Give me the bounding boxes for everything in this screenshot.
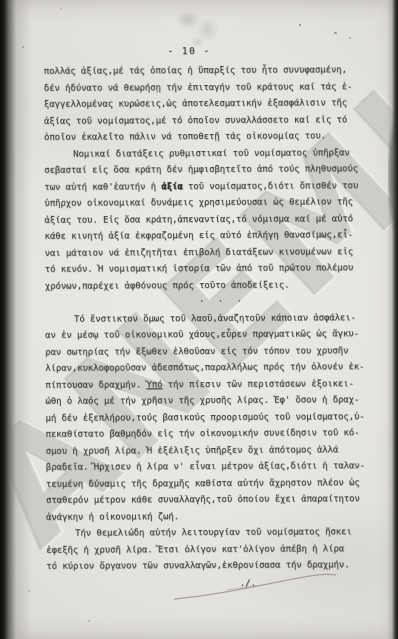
text-segment: ἀξία xyxy=(161,182,182,192)
separator-dots: · · · xyxy=(59,293,386,311)
text-segment: ραν σωτηρίας τήν ἔξωθεν ἐλθοῦσαν εἰς τόν… xyxy=(45,346,348,358)
text-segment: πεκαθίστατο βαθμηδόν εἰς τήν οἰκονομικήν… xyxy=(46,428,360,440)
page-number: - 10 - xyxy=(26,43,353,60)
text-line: δέν ἠδύνατο νά θεωρήσῃ τήν ἐπιταγήν τοῦ … xyxy=(44,79,371,97)
text-segment: τό κύριον ὄργανον τῶν συναλλαγῶν,ἐκθρονί… xyxy=(46,560,349,572)
text-segment: αν ἐν μέσῳ τοῦ οἰκονομικοῦ χάους,εὗρεν π… xyxy=(45,329,359,341)
text-line: πολλάς ἀξίας,μέ τάς ὁποίας ἡ ὕπαρξίς του… xyxy=(44,62,371,80)
text-line: μή δέν ἐξεπλήρου,τούς βασικούς προορισμο… xyxy=(45,409,372,427)
text-segment: ἀξίας του. Εἰς ὅσα κράτη,ἀπεναντίας,τό ν… xyxy=(44,214,353,226)
text-line: Νομικαί διατάξεις ρυθμιστικαί τοῦ νομίσμ… xyxy=(44,145,371,163)
text-line: σεβασταί εἰς ὅσα κράτη δέν ἠμφισβητεῖτο … xyxy=(44,161,371,179)
ink-speck xyxy=(349,37,351,39)
text-segment: σεβασταί εἰς ὅσα κράτη δέν ἠμφισβητεῖτο … xyxy=(44,164,358,176)
text-segment: Τό ἔνστικτον ὅμως τοῦ λαοῦ,ἀναζητοῦν κάπ… xyxy=(74,313,356,324)
text-line: σμου ἡ χρυσῆ λίρα. Ἡ ἐξέλιξις ὑπῆρξεν ὄχ… xyxy=(46,442,373,460)
text-line: Τήν θεμελιώδη αὐτήν λειτουργίαν τοῦ νομί… xyxy=(46,524,373,542)
text-segment: ἐφεξῆς ἡ χρυσῆ λίρα. Ἔτσι ὀλίγον κατ'ὀλί… xyxy=(46,544,344,556)
text-segment: πολλάς ἀξίας,μέ τάς ὁποίας ἡ ὕπαρξίς του… xyxy=(44,65,347,77)
text-line: τό κύριον ὄργανον τῶν συναλλαγῶν,ἐκθρονί… xyxy=(46,557,373,575)
text-segment: · · · xyxy=(199,297,246,307)
text-line: ὁποῖον ἐκαλεῖτο πάλιν νά τοποθετῇ τάς οἰ… xyxy=(44,128,371,146)
text-line: λίραν,κυκλοφοροῦσαν ἀδεσπότως,παραλλήλως… xyxy=(45,359,372,377)
text-segment: ναι μάταιον νά ἐπιζητῆται ἐπιβολή διατάξ… xyxy=(45,247,354,259)
text-segment: τευμένη δύναμις τῆς δραχμῆς καθίστα αὐτή… xyxy=(46,478,360,490)
text-line: ἀξίας τοῦ νομίσματος,μέ τό ὁποῖον συναλλ… xyxy=(44,112,371,130)
ink-speck xyxy=(299,24,301,26)
text-segment: ξαγγελλομένας κυρώσεις,ὡς ἀποτελεσματική… xyxy=(44,98,347,110)
text-line: ἐφεξῆς ἡ χρυσῆ λίρα. Ἔτσι ὀλίγον κατ'ὀλί… xyxy=(46,541,373,559)
text-segment: των αὐτή καθ'ἑαυτήν ἡ xyxy=(44,182,161,193)
text-segment: ἀξίας τοῦ νομίσματος,μέ τό ὁποῖον συναλλ… xyxy=(44,115,347,127)
text-line: κάθε κινητή ἀξία ἐκφραζομένη εἰς αὐτό ἐπ… xyxy=(45,227,372,245)
binding-shadow-left xyxy=(0,0,32,639)
text-line: ἀξίας του. Εἰς ὅσα κράτη,ἀπεναντίας,τό ν… xyxy=(44,211,371,229)
text-segment: τό κενόν. Ἡ νομισματική ἱστορία τῶν ἀπό … xyxy=(45,263,354,275)
text-segment: τοῦ νομίσματος,διότι ὄπισθέν του xyxy=(183,181,359,192)
text-line: των αὐτή καθ'ἑαυτήν ἡ ἀξία τοῦ νομίσματο… xyxy=(44,178,371,196)
text-line: ξαγγελλομένας κυρώσεις,ὡς ἀποτελεσματική… xyxy=(44,95,371,113)
text-segment: κάθε κινητή ἀξία ἐκφραζομένη εἰς αὐτό ἐπ… xyxy=(45,230,354,242)
text-line: ἀνάγκην ἡ οἰκονομική ζωή. xyxy=(46,508,373,526)
ink-speck xyxy=(88,620,90,622)
text-segment: Ὑπό xyxy=(146,380,162,390)
text-line: Τό ἔνστικτον ὅμως τοῦ λαοῦ,ἀναζητοῦν κάπ… xyxy=(45,310,372,328)
text-segment: ώθη ὁ λαός μέ τήν χρῆσιν τῆς χρυσῆς λίρα… xyxy=(45,395,359,407)
text-line: ώθη ὁ λαός μέ τήν χρῆσιν τῆς χρυσῆς λίρα… xyxy=(45,392,372,410)
text-line: χρόνων,παρέχει ἀφθόνους πρός τοῦτο ἀποδε… xyxy=(45,277,372,295)
text-line: βραδεῖα. Ἤρχισεν ἡ λίρα ν' εἶναι μέτρον … xyxy=(46,458,373,476)
text-segment: βραδεῖα. Ἤρχισεν ἡ λίρα ν' εἶναι μέτρον … xyxy=(46,461,365,473)
text-line: τό κενόν. Ἡ νομισματική ἱστορία τῶν ἀπό … xyxy=(45,260,372,278)
text-segment: μή δέν ἐξεπλήρου,τούς βασικούς προορισμο… xyxy=(46,412,365,424)
text-line: ραν σωτηρίας τήν ἔξωθεν ἐλθοῦσαν εἰς τόν… xyxy=(45,343,372,361)
text-segment: δέν ἠδύνατο νά θεωρήσῃ τήν ἐπιταγήν τοῦ … xyxy=(44,82,353,94)
text-line: ναι μάταιον νά ἐπιζητῆται ἐπιβολή διατάξ… xyxy=(45,244,372,262)
ink-speck xyxy=(60,8,62,9)
text-line: αν ἐν μέσῳ τοῦ οἰκονομικοῦ χάους,εὗρεν π… xyxy=(45,326,372,344)
text-segment: σταθερόν μέτρον κάθε συναλλαγῆς,τοῦ ὁποί… xyxy=(46,494,360,506)
text-segment: χρόνων,παρέχει ἀφθόνους πρός τοῦτο ἀποδε… xyxy=(45,280,290,291)
text-segment: λίραν,κυκλοφοροῦσαν ἀδεσπότως,παραλλήλως… xyxy=(45,362,364,374)
text-segment: Νομικαί διατάξεις ρυθμιστικαί τοῦ νομίσμ… xyxy=(73,148,350,159)
ink-speck xyxy=(334,32,337,34)
text-segment: ὁποῖον ἐκαλεῖτο πάλιν νά τοποθετῇ τάς οἰ… xyxy=(44,131,326,142)
text-segment: τήν πίεσιν τῶν περιστάσεων ἐξοικει- xyxy=(162,379,354,390)
text-segment: Τήν θεμελιώδη αὐτήν λειτουργίαν τοῦ νομί… xyxy=(75,527,352,538)
text-line: ὑπῆρχον οἰκονομικαί δυνάμεις χρησιμεύουσ… xyxy=(44,194,371,212)
text-line: πεκαθίστατο βαθμηδόν εἰς τήν οἰκονομικήν… xyxy=(46,425,373,443)
text-line: πίπτουσαν δραχμήν. Ὑπό τήν πίεσιν τῶν πε… xyxy=(45,376,372,394)
text-segment: ἀνάγκην ἡ οἰκονομική ζωή. xyxy=(46,512,179,523)
binding-shadow-right xyxy=(387,0,398,639)
text-segment: πίπτουσαν δραχμήν. xyxy=(45,380,146,391)
continuation-mark: ./. xyxy=(84,575,398,591)
text-line: σταθερόν μέτρον κάθε συναλλαγῆς,τοῦ ὁποί… xyxy=(46,491,373,509)
document-text: πολλάς ἀξίας,μέ τάς ὁποίας ἡ ὕπαρξίς του… xyxy=(44,62,374,575)
text-segment: ὑπῆρχον οἰκονομικαί δυνάμεις χρησιμεύουσ… xyxy=(44,197,353,209)
text-line: τευμένη δύναμις τῆς δραχμῆς καθίστα αὐτή… xyxy=(46,475,373,493)
typewritten-text-block: - 10 - πολλάς ἀξίας,μέ τάς ὁποίας ἡ ὕπαρ… xyxy=(44,43,374,591)
scanned-page: ΑΝΕΜΗ - 10 - πολλάς ἀξίας,μέ τάς ὁποίας … xyxy=(0,0,398,639)
text-segment: σμου ἡ χρυσῆ λίρα. Ἡ ἐξέλιξις ὑπῆρξεν ὄχ… xyxy=(46,445,339,457)
